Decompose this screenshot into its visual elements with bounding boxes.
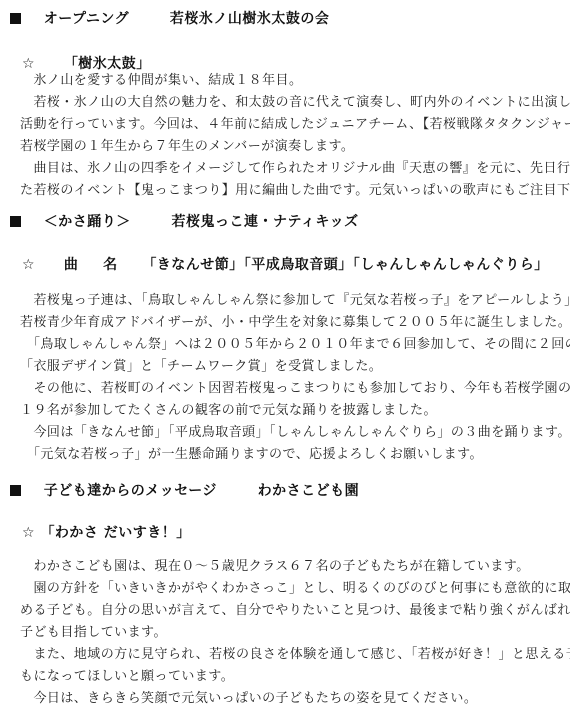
- section-performer: わかさこども園: [258, 483, 360, 499]
- paragraph-line: わかさこども園は、現在０～５歳児クラス６７名の子どもたちが在籍しています。: [20, 556, 570, 578]
- paragraph-line: める子ども。自分の思いが言えて、自分でやりたいこと見つけ、最後まで粘り強くがんば…: [20, 600, 570, 622]
- star-icon: ☆: [22, 525, 35, 541]
- label-kyoku: 曲: [64, 257, 79, 273]
- paragraph-line: 「衣服デザイン賞」と「チームワーク賞」を受賞しました。: [20, 356, 570, 378]
- paragraph-line: 園の方針を「いきいきかがやくわかさっこ」とし、明るくのびのびと何事にも意欲的に取…: [20, 578, 570, 600]
- paragraph-line: た若桜のイベント【鬼っこまつり】用に編曲した曲です。元気いっぱいの歌声にもご注目…: [20, 180, 570, 202]
- paragraph-line: また、地域の方に見守られ、若桜の良さを体験を通して感じ、「若桜が好き！」と思える…: [20, 644, 570, 666]
- paragraph-line: 「元気な若桜っ子」が一生懸命踊りますので、応援よろしくお願いします。: [20, 444, 570, 466]
- paragraph-line: 氷ノ山を愛する仲間が集い、結成１８年目。: [20, 70, 570, 92]
- paragraph-line: 曲目は、氷ノ山の四季をイメージして作られたオリジナル曲『天恵の響』を元に、先日行…: [20, 158, 570, 180]
- section-performer: 若桜氷ノ山樹氷太鼓の会: [170, 11, 330, 27]
- section-title: オープニング: [44, 11, 129, 27]
- label-mei: 名: [103, 257, 118, 273]
- section-body-kasa-odori: 若桜鬼っ子連は、「鳥取しゃんしゃん祭に参加して『元気な若桜っ子』をアピールしよう…: [20, 290, 570, 466]
- paragraph-line: 今日は、きらきら笑顔で元気いっぱいの子どもたちの姿を見てください。: [20, 688, 570, 709]
- square-bullet-icon: [10, 13, 21, 24]
- paragraph-line: 若桜青少年育成アドバイザーが、小・中学生を対象に募集して２００５年に誕生しました…: [20, 312, 570, 334]
- paragraph-line: 若桜学園の１年生から７年生のメンバーが演奏します。: [20, 136, 570, 158]
- subheading-message: ☆ 「わかさ だいすき！」: [22, 522, 191, 542]
- section-heading-children-message: 子ども達からのメッセージ わかさこども園: [10, 480, 359, 500]
- section-heading-opening: オープニング 若桜氷ノ山樹氷太鼓の会: [10, 8, 329, 28]
- paragraph-line: 若桜鬼っ子連は、「鳥取しゃんしゃん祭に参加して『元気な若桜っ子』をアピールしよう…: [20, 290, 570, 312]
- section-performer: 若桜鬼っこ連・ナティキッズ: [172, 214, 359, 230]
- section-body-children-message: わかさこども園は、現在０～５歳児クラス６７名の子どもたちが在籍しています。 園の…: [20, 556, 570, 709]
- paragraph-line: 子ども目指しています。: [20, 622, 570, 644]
- star-icon: ☆: [22, 257, 35, 273]
- paragraph-line: １９名が参加してたくさんの観客の前で元気な踊りを披露しました。: [20, 400, 570, 422]
- square-bullet-icon: [10, 485, 21, 496]
- message-title: 「わかさ だいすき！」: [40, 525, 190, 541]
- section-heading-kasa-odori: ＜かさ踊り＞ 若桜鬼っこ連・ナティキッズ: [10, 211, 359, 231]
- paragraph-line: 「鳥取しゃんしゃん祭」へは２００５年から２０１０年まで６回参加して、その間に２回…: [20, 334, 570, 356]
- section-title: 子ども達からのメッセージ: [44, 483, 217, 499]
- section-body-opening: 氷ノ山を愛する仲間が集い、結成１８年目。 若桜・氷ノ山の大自然の魅力を、和太鼓の…: [20, 70, 570, 202]
- subheading-songs: ☆ 曲 名 「きなんせ節」「平成鳥取音頭」「しゃんしゃんしゃんぐりら」: [22, 254, 549, 274]
- paragraph-line: 活動を行っています。今回は、４年前に結成したジュニアチーム、【若桜戦隊タタクンジ…: [20, 114, 570, 136]
- paragraph-line: その他に、若桜町のイベント因習若桜鬼っこまつりにも参加しており、今年も若桜学園の…: [20, 378, 570, 400]
- paragraph-line: もになってほしいと願っています。: [20, 666, 570, 688]
- paragraph-line: 今回は「きなんせ節」「平成鳥取音頭」「しゃんしゃんしゃんぐりら」の３曲を踊ります…: [20, 422, 570, 444]
- square-bullet-icon: [10, 216, 21, 227]
- song-titles: 「きなんせ節」「平成鳥取音頭」「しゃんしゃんしゃんぐりら」: [142, 257, 549, 273]
- section-title: ＜かさ踊り＞: [44, 214, 131, 230]
- paragraph-line: 若桜・氷ノ山の大自然の魅力を、和太鼓の音に代えて演奏し、町内外のイベントに出演し…: [20, 92, 570, 114]
